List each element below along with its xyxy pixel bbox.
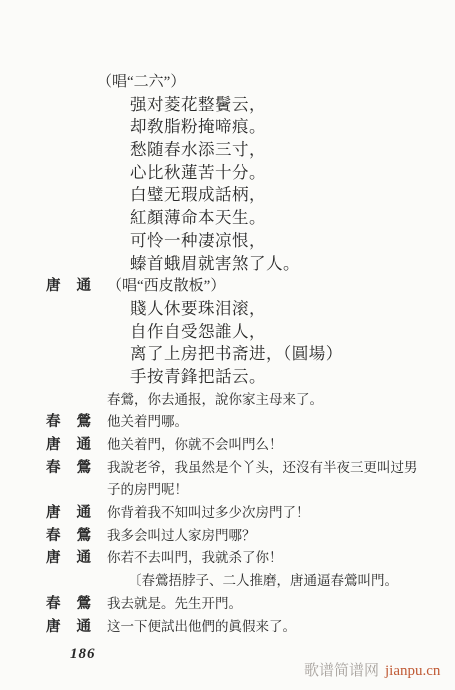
- speaker-name: 唐 通: [46, 616, 91, 639]
- aria-cue: （唱“西皮散板”）: [107, 278, 225, 294]
- speaker-char: 春: [46, 411, 61, 434]
- dialogue-text: 他关着門哪。: [107, 414, 188, 429]
- speaker-char: 通: [77, 547, 92, 570]
- verse-line: 离了上房把书斋进，（圓場）: [0, 343, 455, 366]
- dialogue-row: 唐 通 这一下便試出他們的眞假来了。: [0, 616, 455, 639]
- speaker-name: 唐 通: [46, 502, 91, 525]
- speaker-char: 通: [77, 502, 92, 525]
- speaker-char: 唐: [46, 616, 61, 639]
- verse-line: 强对菱花整鬢云，: [0, 94, 455, 117]
- dialogue-row: 春 鶯 我去就是。先生开門。: [0, 593, 455, 616]
- watermark-site-name: 歌谱简谱网: [304, 659, 379, 680]
- speaker-char: 春: [46, 525, 61, 548]
- verse-line: 白璧无瑕成話柄，: [0, 184, 455, 207]
- dialogue-row: 唐 通 你若不去叫門，我就杀了你！: [0, 547, 455, 570]
- verse-line: 愁随春水添三寸，: [0, 139, 455, 162]
- dialogue-row: 唐 通 你背着我不知叫过多少次房門了！: [0, 502, 455, 525]
- speaker-char: 唐: [46, 434, 61, 457]
- stage-direction: 〔春鶯捂脖子、二人推磨，唐通逼春鶯叫門。: [0, 570, 455, 593]
- verse-line: 螓首蛾眉就害煞了人。: [0, 253, 455, 276]
- dialogue-row: 春 鶯 我說老爷，我虽然是个丫头，还沒有半夜三更叫过男: [0, 457, 455, 480]
- verse-line: 賤人休要珠泪滚，: [0, 298, 455, 321]
- dialogue-continuation: 春鶯，你去通报，說你家主母来了。: [0, 389, 455, 412]
- speaker-name: 唐 通: [46, 547, 91, 570]
- speaker-char: 鶯: [77, 457, 92, 480]
- dialogue-row: 春 鶯 我多会叫过人家房門哪？: [0, 525, 455, 548]
- dialogue-text: 他关着門，你就不会叫門么！: [107, 437, 283, 452]
- verse-line: 手按青鋒把話云。: [0, 366, 455, 389]
- page-number: 186: [70, 646, 96, 663]
- dialogue-text: 这一下便試出他們的眞假来了。: [107, 619, 296, 634]
- dialogue-row: 春 鶯 他关着門哪。: [0, 411, 455, 434]
- dialogue-text: 你背着我不知叫过多少次房門了！: [107, 505, 310, 520]
- speaker-char: 唐: [46, 502, 61, 525]
- dialogue-row: 唐 通 （唱“西皮散板”）: [0, 275, 455, 298]
- speaker-char: 通: [77, 275, 92, 298]
- verse-line: 紅顏薄命本天生。: [0, 207, 455, 230]
- speaker-name: 唐 通: [46, 434, 91, 457]
- speaker-char: 通: [77, 616, 92, 639]
- speaker-char: 春: [46, 457, 61, 480]
- dialogue-row: 唐 通 他关着門，你就不会叫門么！: [0, 434, 455, 457]
- book-page: （唱“二六”） 强对菱花整鬢云， 却敎脂粉掩啼痕。 愁随春水添三寸， 心比秋蓮苦…: [0, 0, 455, 690]
- dialogue-text: 你若不去叫門，我就杀了你！: [107, 550, 283, 565]
- dialogue-text: 我去就是。先生开門。: [107, 596, 242, 611]
- speaker-char: 鶯: [77, 593, 92, 616]
- dialogue-text: 我多会叫过人家房門哪？: [107, 528, 256, 543]
- verse-line: 自作自受怨誰人，: [0, 321, 455, 344]
- speaker-char: 通: [77, 434, 92, 457]
- watermark-site-url: jianpu.cn: [385, 663, 440, 680]
- aria-cue: （唱“二六”）: [0, 71, 455, 94]
- speaker-name: 春 鶯: [46, 457, 91, 480]
- verse-line: 却敎脂粉掩啼痕。: [0, 116, 455, 139]
- verse-line: 可怜一种凄凉恨，: [0, 230, 455, 253]
- dialogue-continuation: 子的房門呢！: [0, 479, 455, 502]
- speaker-char: 鶯: [77, 525, 92, 548]
- script-body: （唱“二六”） 强对菱花整鬢云， 却敎脂粉掩啼痕。 愁随春水添三寸， 心比秋蓮苦…: [0, 0, 455, 638]
- speaker-name: 春 鶯: [46, 411, 91, 434]
- dialogue-text: 我說老爷，我虽然是个丫头，还沒有半夜三更叫过男: [107, 460, 418, 475]
- speaker-char: 春: [46, 593, 61, 616]
- verse-line: 心比秋蓮苦十分。: [0, 162, 455, 185]
- speaker-char: 鶯: [77, 411, 92, 434]
- speaker-char: 唐: [46, 275, 61, 298]
- speaker-name: 春 鶯: [46, 593, 91, 616]
- speaker-char: 唐: [46, 547, 61, 570]
- watermark: 歌谱简谱网 jianpu.cn: [304, 659, 440, 680]
- speaker-name: 春 鶯: [46, 525, 91, 548]
- speaker-name: 唐 通: [46, 275, 91, 298]
